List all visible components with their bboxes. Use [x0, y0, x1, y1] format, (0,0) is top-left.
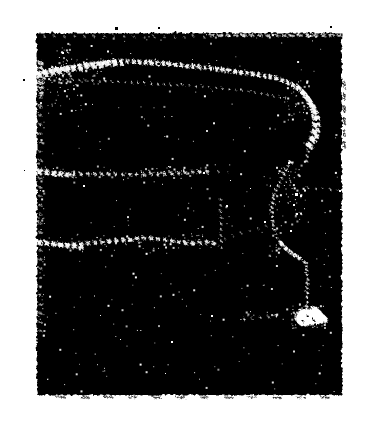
scanned-page: [0, 0, 385, 428]
bright-spot: [250, 188, 251, 189]
bright-spot: [296, 213, 298, 215]
bright-spot: [290, 230, 292, 232]
bright-spot: [340, 209, 341, 210]
bright-spot: [288, 162, 290, 164]
bright-spot: [339, 190, 341, 192]
bright-spot: [120, 339, 121, 340]
bright-spot: [293, 204, 295, 206]
dark-spot: [330, 26, 332, 28]
bright-spot: [230, 180, 231, 181]
dark-spot: [23, 79, 25, 81]
bright-spot: [83, 185, 85, 187]
dark-spot: [158, 27, 160, 29]
bright-spot: [165, 373, 166, 374]
bright-spot: [295, 193, 298, 196]
micrograph-figure: [0, 0, 385, 428]
bright-spot: [211, 315, 213, 317]
bright-spot: [264, 221, 266, 223]
bright-spot: [203, 172, 205, 174]
dark-spot: [24, 170, 25, 171]
bright-spot: [62, 52, 64, 54]
bright-spot: [300, 195, 302, 197]
bright-spot: [171, 341, 173, 343]
bright-spot: [226, 205, 228, 207]
dark-spot: [115, 27, 118, 30]
